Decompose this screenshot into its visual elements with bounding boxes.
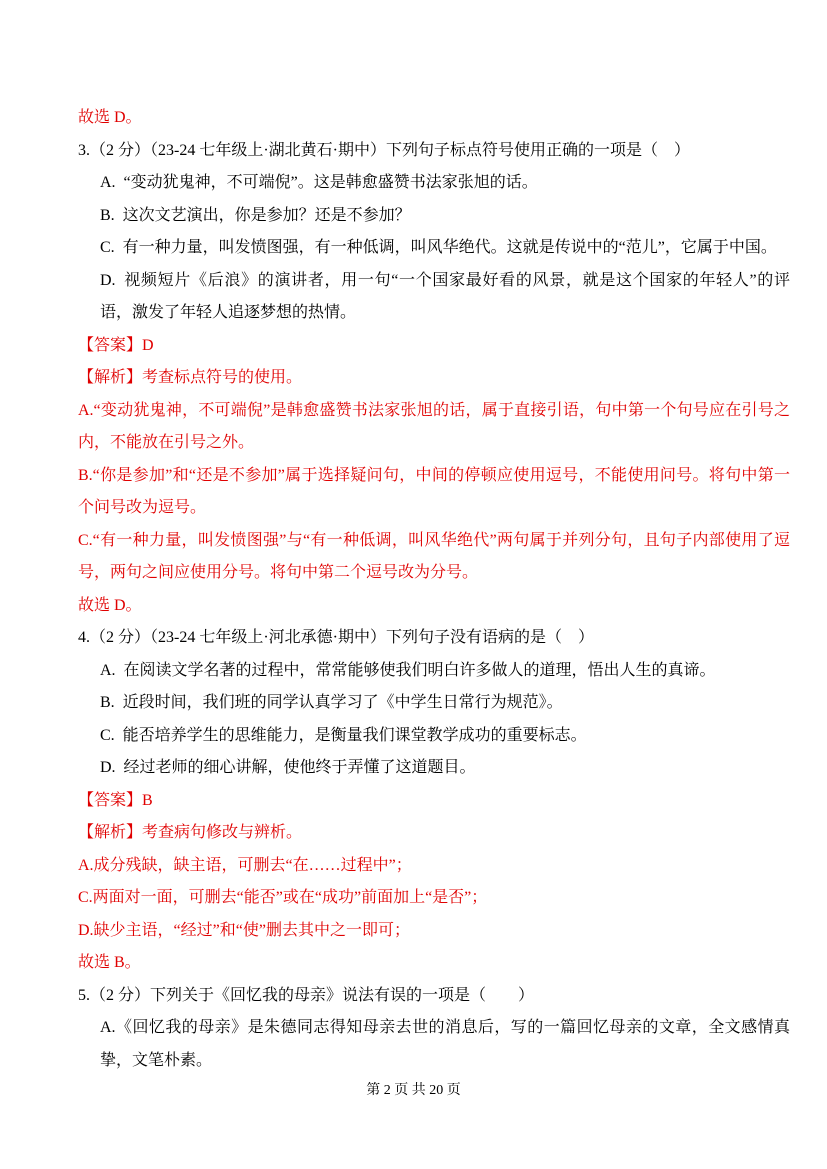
question-4-analysis-c: C.两面对一面，可删去“能否”或在“成功”前面加上“是否”； bbox=[78, 882, 790, 915]
question-3-option-c: C. 有一种力量，叫发愤图强，有一种低调，叫风华绝代。这就是传说中的“范儿”，它… bbox=[78, 232, 790, 265]
question-4-option-a: A. 在阅读文学名著的过程中，常常能够使我们明白许多做人的道理，悟出人生的真谛。 bbox=[78, 655, 790, 688]
question-3-option-d: D. 视频短片《后浪》的演讲者，用一句“一个国家最好看的风景，就是这个国家的年轻… bbox=[78, 265, 790, 330]
question-4-analysis-a: A.成分残缺，缺主语，可删去“在……过程中”； bbox=[78, 850, 790, 883]
question-3-analysis-b: B.“你是参加”和“还是不参加”属于选择疑问句，中间的停顿应使用逗号，不能使用问… bbox=[78, 460, 790, 525]
question-3-analysis-a: A.“变动犹鬼神，不可端倪”是韩愈盛赞书法家张旭的话，属于直接引语，句中第一个句… bbox=[78, 395, 790, 460]
document-page: 故选 D。 3.（2 分）（23-24 七年级上·湖北黄石·期中）下列句子标点符… bbox=[0, 0, 827, 1169]
question-3-stem: 3.（2 分）（23-24 七年级上·湖北黄石·期中）下列句子标点符号使用正确的… bbox=[78, 135, 790, 168]
question-4-answer: 【答案】B bbox=[78, 785, 790, 818]
question-3-analysis-conclusion: 故选 D。 bbox=[78, 590, 790, 623]
question-5-stem: 5.（2 分）下列关于《回忆我的母亲》说法有误的一项是（ ） bbox=[78, 980, 790, 1013]
question-3-analysis-intro: 【解析】考查标点符号的使用。 bbox=[78, 362, 790, 395]
q2-analysis-conclusion: 故选 D。 bbox=[78, 102, 790, 135]
question-4-stem: 4.（2 分）（23-24 七年级上·河北承德·期中）下列句子没有语病的是（ ） bbox=[78, 622, 790, 655]
question-3-answer: 【答案】D bbox=[78, 330, 790, 363]
question-4-option-d: D. 经过老师的细心讲解，使他终于弄懂了这道题目。 bbox=[78, 752, 790, 785]
question-3-analysis-c: C.“有一种力量，叫发愤图强”与“有一种低调，叫风华绝代”两句属于并列分句，且句… bbox=[78, 525, 790, 590]
question-4-option-c: C. 能否培养学生的思维能力，是衡量我们课堂教学成功的重要标志。 bbox=[78, 720, 790, 753]
question-4-analysis-intro: 【解析】考查病句修改与辨析。 bbox=[78, 817, 790, 850]
question-3-option-a: A. “变动犹鬼神，不可端倪”。这是韩愈盛赞书法家张旭的话。 bbox=[78, 167, 790, 200]
question-3-option-b: B. 这次文艺演出，你是参加？还是不参加？ bbox=[78, 200, 790, 233]
page-content: 故选 D。 3.（2 分）（23-24 七年级上·湖北黄石·期中）下列句子标点符… bbox=[78, 102, 790, 1077]
page-number-footer: 第 2 页 共 20 页 bbox=[0, 1081, 827, 1101]
question-5-option-a: A.《回忆我的母亲》是朱德同志得知母亲去世的消息后，写的一篇回忆母亲的文章，全文… bbox=[78, 1012, 790, 1077]
question-4-option-b: B. 近段时间，我们班的同学认真学习了《中学生日常行为规范》。 bbox=[78, 687, 790, 720]
question-4-analysis-d: D.缺少主语，“经过”和“使”删去其中之一即可； bbox=[78, 915, 790, 948]
question-4-analysis-conclusion: 故选 B。 bbox=[78, 947, 790, 980]
